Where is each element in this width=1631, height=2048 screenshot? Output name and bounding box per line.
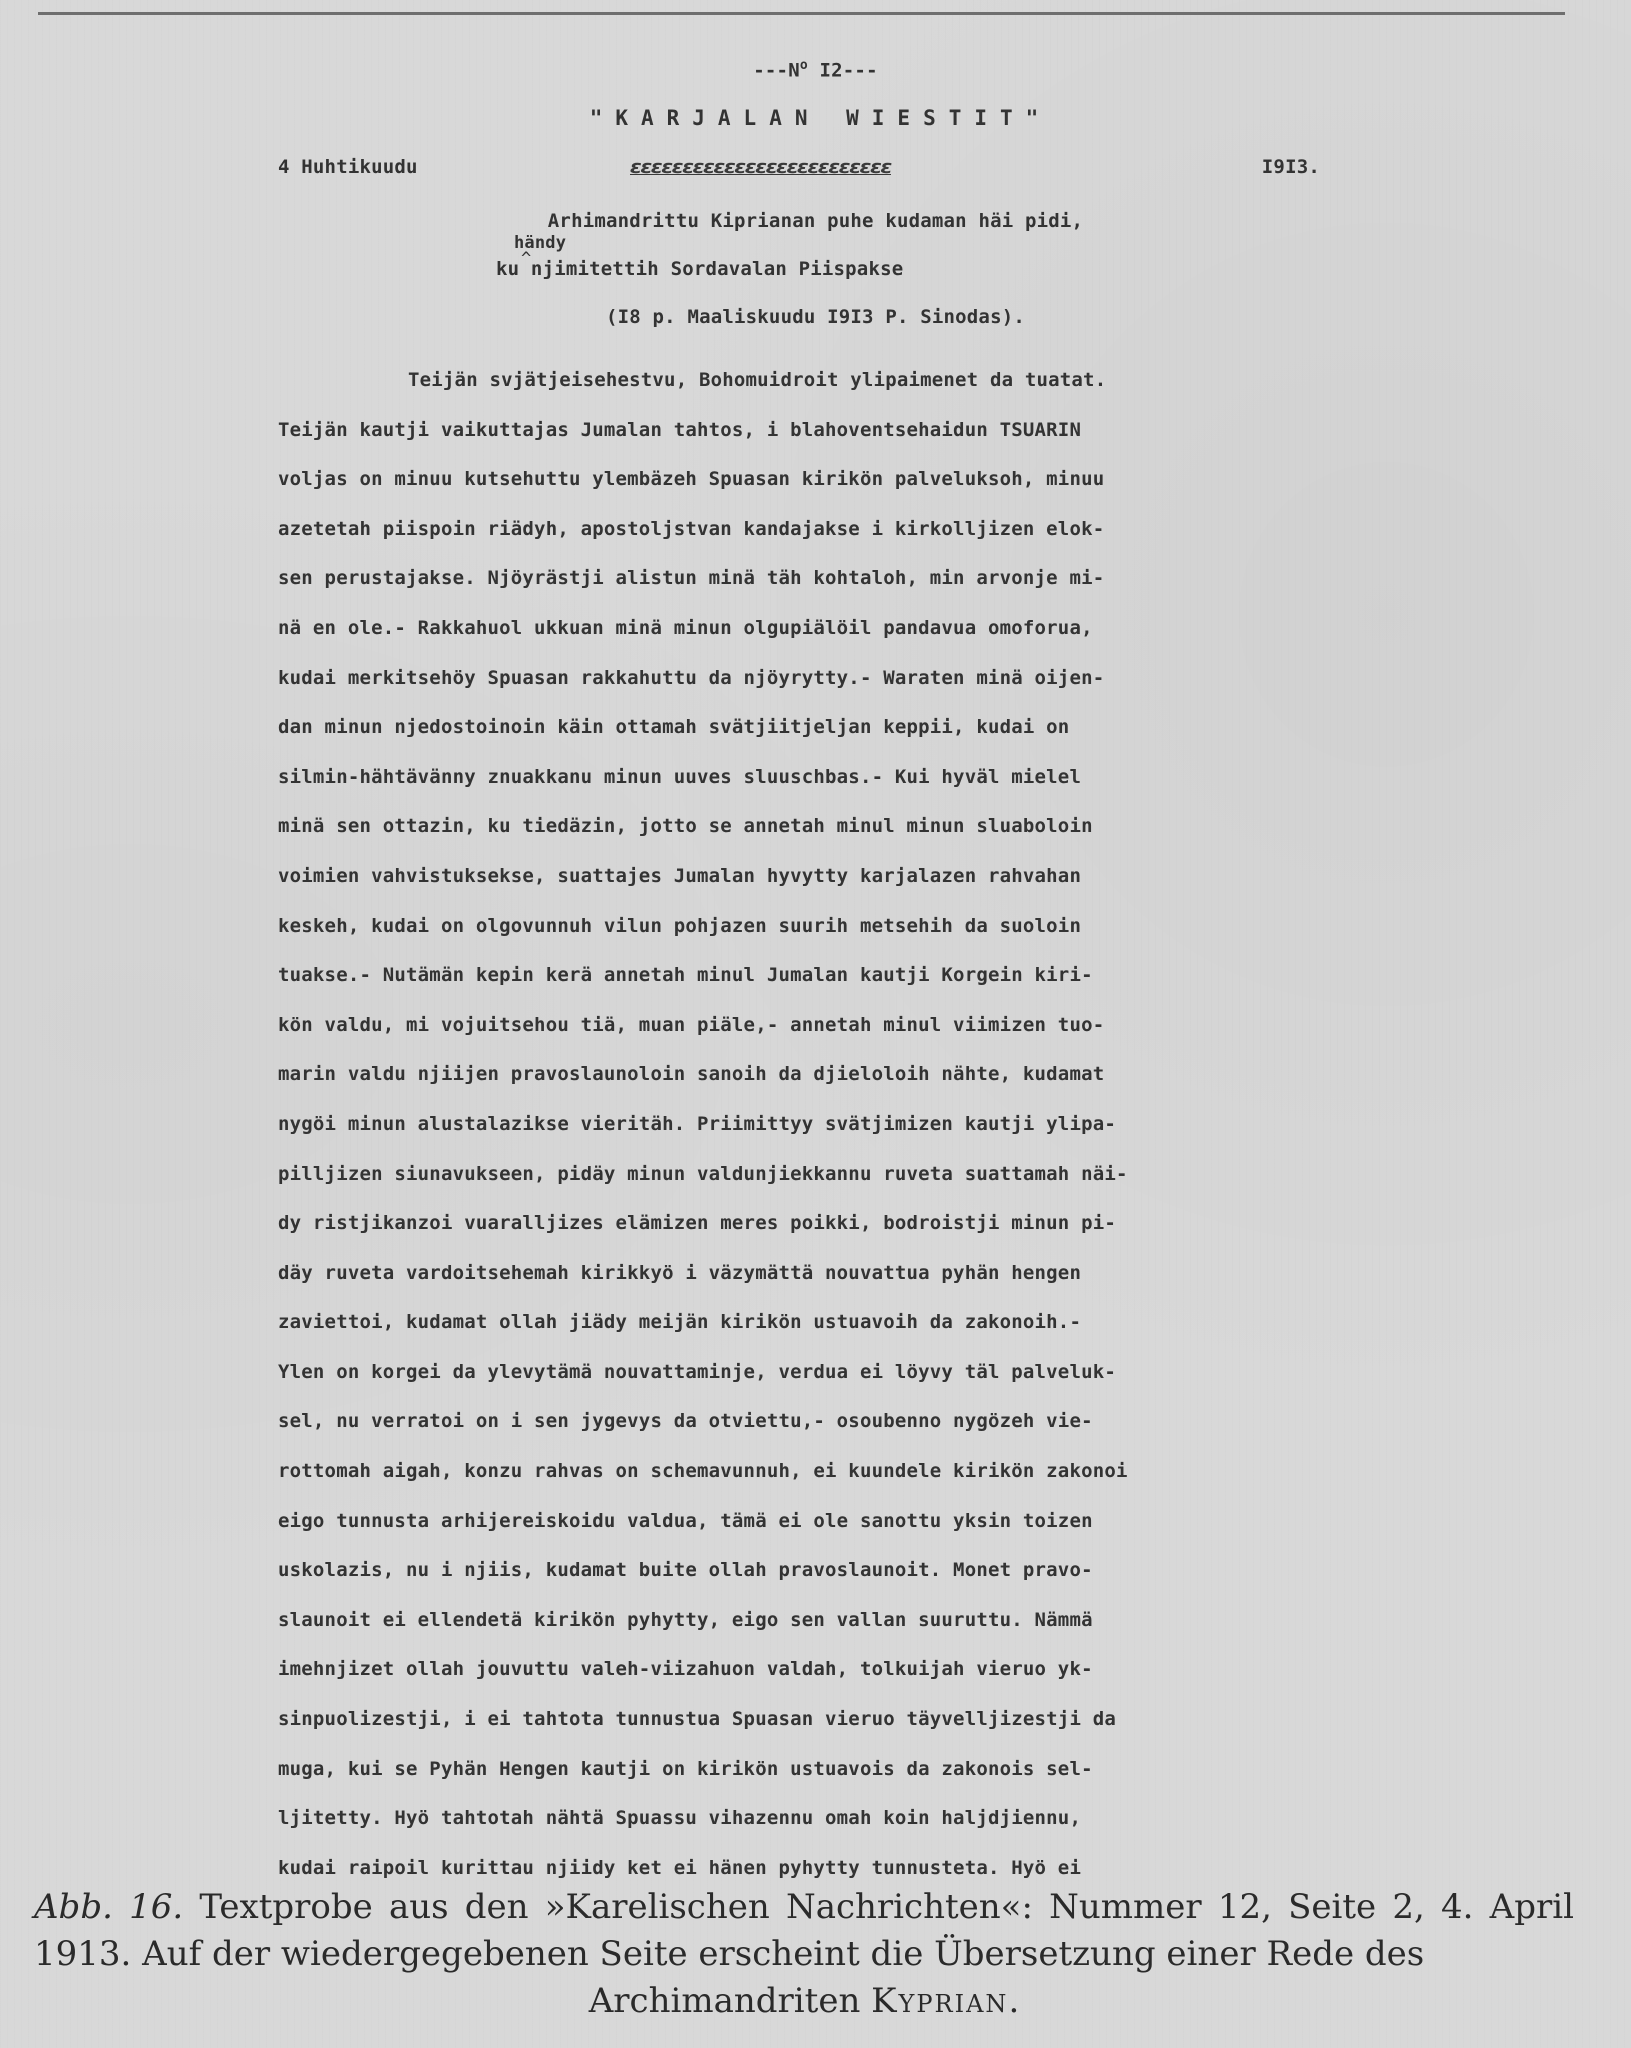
caption-name: Kyprian [871, 1981, 1008, 2021]
masthead-title: "KARJALAN WIESTIT" [0, 106, 1631, 130]
caption-last-line: Archimandriten Kyprian. [34, 1978, 1574, 2025]
caption-text: Textprobe aus den »Karelischen Nachricht… [34, 1887, 1574, 1974]
body-line: kön valdu, mi vojuitsehou tiä, muan piäl… [278, 1001, 1358, 1051]
date-row: 4 Huhtikuudu ɛɛɛɛɛɛɛɛɛɛɛɛɛɛɛɛɛɛɛɛɛɛɛɛɛ I… [278, 156, 1320, 186]
body-line: tuakse.- Nutämän kepin kerä annetah minu… [278, 951, 1358, 1001]
issue-number-superscript: o [800, 58, 808, 73]
body-line: Teijän svjätjeisehestvu, Bohomuidroit yl… [278, 356, 1358, 406]
body-line: muga, kui se Pyhän Hengen kautji on kiri… [278, 1745, 1358, 1795]
body-line: nygöi minun alustalazikse vieritäh. Prii… [278, 1100, 1358, 1150]
figure-label: Abb. 16. [34, 1887, 183, 1927]
heading-line-3: (I8 p. Maaliskuudu I9I3 P. Sinodas). [0, 306, 1631, 328]
body-line: sen perustajakse. Njöyrästji alistun min… [278, 554, 1358, 604]
body-line: slaunoit ei ellendetä kirikön pyhytty, e… [278, 1596, 1358, 1646]
body-line: azetetah piispoin riädyh, apostoljstvan … [278, 505, 1358, 555]
body-line: dan minun njedostoinoin käin ottamah svä… [278, 703, 1358, 753]
body-line: minä sen ottazin, ku tiedäzin, jotto se … [278, 802, 1358, 852]
issue-number-prefix: ---N [753, 59, 800, 81]
body-line: dy ristjikanzoi vuaralljizes elämizen me… [278, 1199, 1358, 1249]
body-line: Ylen on korgei da ylevytämä nouvattaminj… [278, 1348, 1358, 1398]
body-line: zaviettoi, kudamat ollah jiädy meijän ki… [278, 1298, 1358, 1348]
date-day-month: 4 Huhtikuudu [278, 156, 418, 178]
caption-last-prefix: Archimandriten [589, 1981, 871, 2021]
heading-line-2: ku njimitettih Sordavalan Piispakse [496, 258, 903, 280]
body-line: rottomah aigah, konzu rahvas on schemavu… [278, 1447, 1358, 1497]
issue-number-suffix: I2--- [808, 59, 878, 81]
heading-line-1: Arhimandrittu Kiprianan puhe kudaman häi… [0, 210, 1631, 232]
body-line: imehnjizet ollah jouvuttu valeh-viizahuo… [278, 1645, 1358, 1695]
body-line: voljas on minuu kutsehuttu ylembäzeh Spu… [278, 455, 1358, 505]
body-line: nä en ole.- Rakkahuol ukkuan minä minun … [278, 604, 1358, 654]
body-line: Teijän kautji vaikuttajas Jumalan tahtos… [278, 406, 1358, 456]
speech-body-text: Teijän svjätjeisehestvu, Bohomuidroit yl… [278, 356, 1358, 1893]
body-line: uskolazis, nu i njiis, kudamat buite oll… [278, 1546, 1358, 1596]
body-line: ljitetty. Hyö tahtotah nähtä Spuassu vih… [278, 1794, 1358, 1844]
body-line: kudai merkitsehöy Spuasan rakkahuttu da … [278, 654, 1358, 704]
body-line: voimien vahvistukseksе, suattajes Jumala… [278, 852, 1358, 902]
body-line: marin valdu njiijen pravoslaunoloin sano… [278, 1050, 1358, 1100]
top-rule [38, 12, 1565, 15]
body-line: sel, nu verratoi on i sen jygevys da otv… [278, 1397, 1358, 1447]
body-line: eigo tunnusta arhijereiskoidu valdua, tä… [278, 1497, 1358, 1547]
body-line: pilljizen siunavukseen, pidäy minun vald… [278, 1150, 1358, 1200]
body-line: silmin-hähtävänny znuakkanu minun uuves … [278, 753, 1358, 803]
caption-last-suffix: . [1008, 1981, 1019, 2021]
body-line: sinpuolizestji, i ei tahtota tunnustua S… [278, 1695, 1358, 1745]
figure-caption: Abb. 16. Textprobe aus den »Karelischen … [34, 1884, 1574, 2025]
decorative-border: ɛɛɛɛɛɛɛɛɛɛɛɛɛɛɛɛɛɛɛɛɛɛɛɛɛ [630, 156, 891, 178]
issue-number: ---No I2--- [0, 58, 1631, 81]
body-line: keskeh, kudai on olgovunnuh vilun pohjaz… [278, 902, 1358, 952]
date-year: I9I3. [1262, 156, 1320, 178]
body-line: däy ruveta vardoitsehemah kirikkyö i väz… [278, 1249, 1358, 1299]
